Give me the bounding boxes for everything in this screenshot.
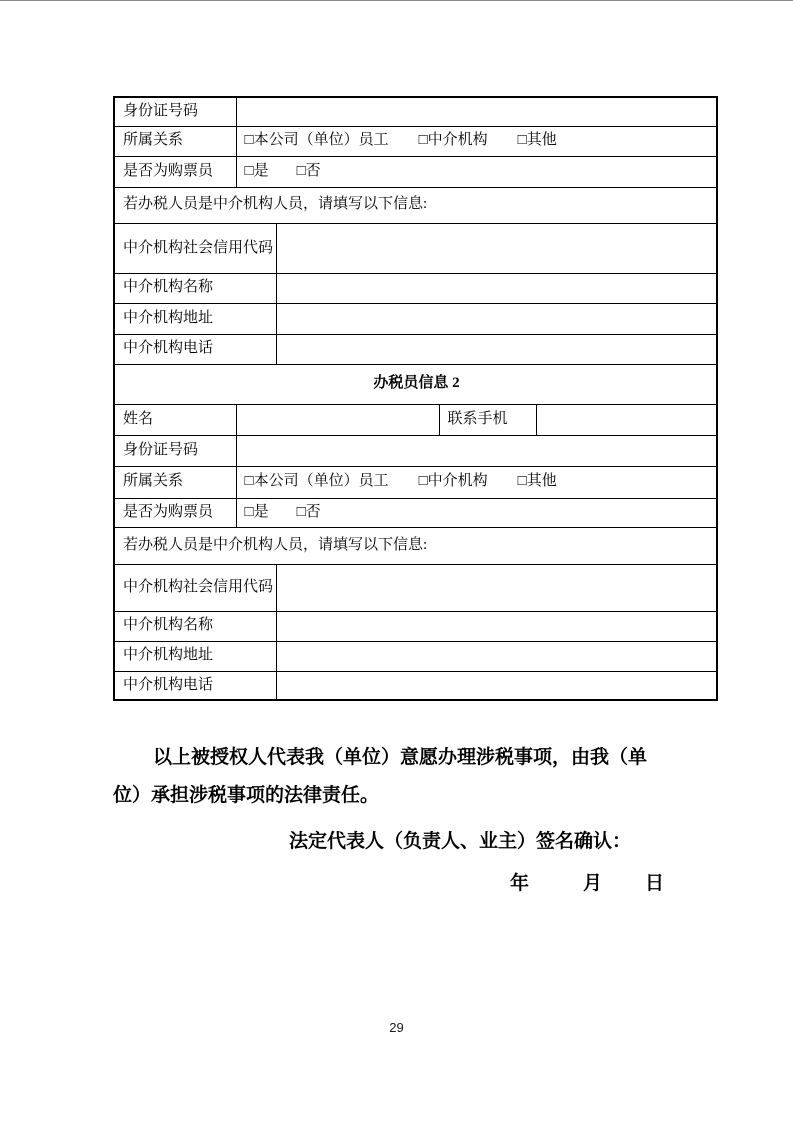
agency-code-label: 中介机构社会信用代码（纳税人识别号） — [123, 577, 265, 598]
date-year-label: 年 — [510, 873, 529, 894]
ticket-buyer-option-yes: □是 — [245, 163, 269, 179]
table-row: 若办税人员是中介机构人员，请填写以下信息: — [114, 187, 717, 223]
agency-code-label-cell: 中介机构社会信用代码（纳税人识别号） — [114, 223, 276, 273]
signature-confirmation-label: 法定代表人（负责人、业主）签名确认： — [289, 830, 631, 854]
checkbox-icon: □ — [245, 132, 254, 148]
relation-option-employee-text: 本公司（单位）员工 — [254, 132, 389, 148]
relation-label: 所属关系 — [114, 466, 236, 498]
agency-code-value-cell — [276, 564, 717, 611]
table-row: 中介机构电话 — [114, 334, 717, 364]
relation-option-agency: □中介机构 — [419, 132, 488, 148]
table-row: 若办税人员是中介机构人员，请填写以下信息: — [114, 527, 717, 564]
table-row: 中介机构地址 — [114, 303, 717, 334]
agency-address-value-cell — [276, 641, 717, 671]
relation-option-employee: □本公司（单位）员工 — [245, 132, 389, 148]
ticket-buyer-no-text: 否 — [306, 163, 321, 179]
agency-phone-value-cell — [276, 334, 717, 364]
ticket-buyer-options-cell: □是□否 — [236, 498, 717, 527]
relation-option-other-text: 其他 — [527, 132, 557, 148]
agency-code-label-cell: 中介机构社会信用代码（纳税人识别号） — [114, 564, 276, 611]
relation-option-other: □其他 — [518, 473, 557, 489]
checkbox-icon: □ — [518, 132, 527, 148]
name-label: 姓名 — [114, 404, 236, 435]
agency-phone-label: 中介机构电话 — [114, 671, 276, 700]
checkbox-icon: □ — [245, 504, 254, 520]
checkbox-icon: □ — [245, 473, 254, 489]
ticket-buyer-option-no: □否 — [297, 163, 321, 179]
table-row: 中介机构地址 — [114, 641, 717, 671]
relation-option-employee-text: 本公司（单位）员工 — [254, 473, 389, 489]
agency-name-value-cell — [276, 611, 717, 641]
table-row: 中介机构电话 — [114, 671, 717, 700]
table-row: 中介机构名称 — [114, 611, 717, 641]
date-line: 年月日 — [510, 872, 664, 896]
agency-code-value-cell — [276, 223, 717, 273]
agency-phone-label: 中介机构电话 — [114, 334, 276, 364]
table-row: 身份证号码 — [114, 97, 717, 126]
ticket-buyer-option-yes: □是 — [245, 504, 269, 520]
agency-code-label: 中介机构社会信用代码（纳税人识别号） — [123, 238, 265, 259]
table-row: 姓名 联系手机 — [114, 404, 717, 435]
checkbox-icon: □ — [518, 473, 527, 489]
ticket-buyer-no-text: 否 — [306, 504, 321, 520]
agency-name-label: 中介机构名称 — [114, 611, 276, 641]
agency-address-label: 中介机构地址 — [114, 303, 276, 334]
agency-name-value-cell — [276, 273, 717, 303]
table-row: 中介机构社会信用代码（纳税人识别号） — [114, 564, 717, 611]
table-row: 是否为购票员 □是□否 — [114, 156, 717, 187]
section-header-taxofficer-2: 办税员信息 2 — [114, 364, 717, 404]
ticket-buyer-options-cell: □是□否 — [236, 156, 717, 187]
table-row: 是否为购票员 □是□否 — [114, 498, 717, 527]
agency-address-label: 中介机构地址 — [114, 641, 276, 671]
checkbox-icon: □ — [297, 163, 306, 179]
document-page: { "page": { "number": "29" }, "form": { … — [0, 0, 793, 1122]
relation-option-other: □其他 — [518, 132, 557, 148]
id-number-label: 身份证号码 — [114, 97, 236, 126]
id-number-value-cell — [236, 97, 717, 126]
id-number-label: 身份证号码 — [114, 435, 236, 466]
declaration-line-2: 位）承担涉税事项的法律责任。 — [113, 784, 379, 808]
relation-option-agency: □中介机构 — [419, 473, 488, 489]
id-number-value-cell — [236, 435, 717, 466]
relation-option-agency-text: 中介机构 — [428, 473, 488, 489]
relation-label: 所属关系 — [114, 126, 236, 156]
page-top-edge — [0, 0, 793, 1]
agency-note: 若办税人员是中介机构人员，请填写以下信息: — [114, 187, 717, 223]
relation-options-cell: □本公司（单位）员工□中介机构□其他 — [236, 466, 717, 498]
table-row: 所属关系 □本公司（单位）员工□中介机构□其他 — [114, 126, 717, 156]
date-day-label: 日 — [645, 873, 664, 894]
agency-phone-value-cell — [276, 671, 717, 700]
ticket-buyer-label: 是否为购票员 — [114, 156, 236, 187]
table-row: 身份证号码 — [114, 435, 717, 466]
name-value-cell — [236, 404, 439, 435]
agency-address-value-cell — [276, 303, 717, 334]
declaration-line-1: 以上被授权人代表我（单位）意愿办理涉税事项，由我（单 — [113, 746, 647, 770]
page-number: 29 — [0, 1020, 793, 1035]
ticket-buyer-yes-text: 是 — [254, 163, 269, 179]
agency-note: 若办税人员是中介机构人员，请填写以下信息: — [114, 527, 717, 564]
agency-name-label: 中介机构名称 — [114, 273, 276, 303]
relation-option-employee: □本公司（单位）员工 — [245, 473, 389, 489]
table-row: 中介机构社会信用代码（纳税人识别号） — [114, 223, 717, 273]
table-row: 中介机构名称 — [114, 273, 717, 303]
checkbox-icon: □ — [419, 473, 428, 489]
checkbox-icon: □ — [419, 132, 428, 148]
mobile-value-cell — [536, 404, 717, 435]
date-month-label: 月 — [583, 873, 602, 894]
tax-officer-form-table: 身份证号码 所属关系 □本公司（单位）员工□中介机构□其他 是否为购票员 □是□… — [113, 96, 718, 701]
checkbox-icon: □ — [245, 163, 254, 179]
ticket-buyer-yes-text: 是 — [254, 504, 269, 520]
checkbox-icon: □ — [297, 504, 306, 520]
table-row: 办税员信息 2 — [114, 364, 717, 404]
relation-options-cell: □本公司（单位）员工□中介机构□其他 — [236, 126, 717, 156]
mobile-label: 联系手机 — [439, 404, 536, 435]
ticket-buyer-option-no: □否 — [297, 504, 321, 520]
ticket-buyer-label: 是否为购票员 — [114, 498, 236, 527]
table-row: 所属关系 □本公司（单位）员工□中介机构□其他 — [114, 466, 717, 498]
relation-option-agency-text: 中介机构 — [428, 132, 488, 148]
relation-option-other-text: 其他 — [527, 473, 557, 489]
